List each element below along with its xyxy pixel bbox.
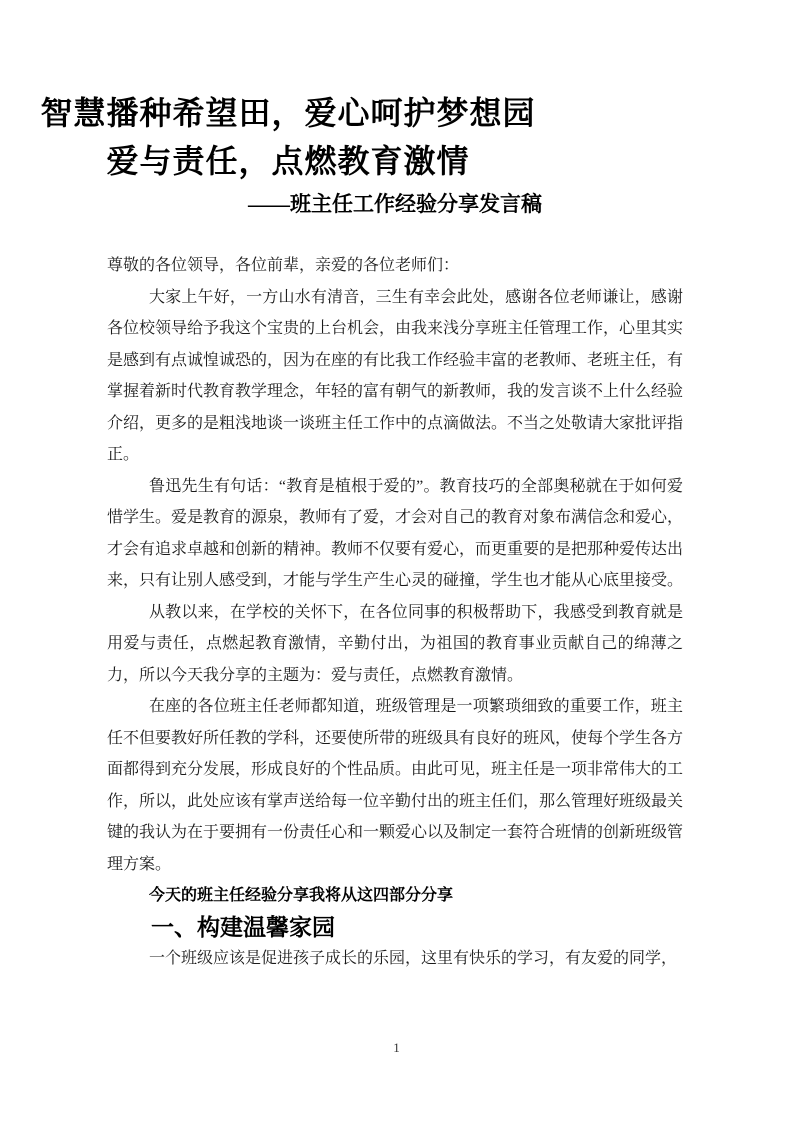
title-line-2: 爱与责任，点燃教育激情 [0,137,576,185]
page-number: 1 [393,1040,400,1055]
paragraph-greeting: 大家上午好，一方山水有清音，三生有幸会此处，感谢各位老师谦让，感谢各位校领导给予… [107,282,683,471]
paragraph-luxun-quote: 鲁迅先生有句话：“教育是植根于爱的”。教育技巧的全部奥秘就在于如何爱惜学生。爱是… [107,471,683,597]
document-subtitle: ——班主任工作经验分享发言稿 [107,190,683,218]
paragraph-theme: 从教以来，在学校的关怀下，在各位同事的积极帮助下，我感受到教育就是用爱与责任，点… [107,597,683,692]
page-footer: 1 [0,1039,793,1056]
document-title: 智慧播种希望田，爱心呵护梦想园 爱与责任，点燃教育激情 [0,89,576,185]
paragraph-closing: 一个班级应该是促进孩子成长的乐园，这里有快乐的学习，有友爱的同学， [107,943,683,975]
title-line-1: 智慧播种希望田，爱心呵护梦想园 [0,89,576,137]
salutation-line: 尊敬的各位领导，各位前辈，亲爱的各位老师们： [107,250,683,282]
paragraph-class-management: 在座的各位班主任老师都知道，班级管理是一项繁琐细致的重要工作，班主任不但要教好所… [107,691,683,880]
document-body: 尊敬的各位领导，各位前辈，亲爱的各位老师们： 大家上午好，一方山水有清音，三生有… [107,250,683,975]
bold-lead-line: 今天的班主任经验分享我将从这四部分分享 [107,880,683,912]
section-heading-1: 一、构建温馨家园 [107,912,683,944]
document-page: 智慧播种希望田，爱心呵护梦想园 爱与责任，点燃教育激情 ——班主任工作经验分享发… [0,0,793,1122]
